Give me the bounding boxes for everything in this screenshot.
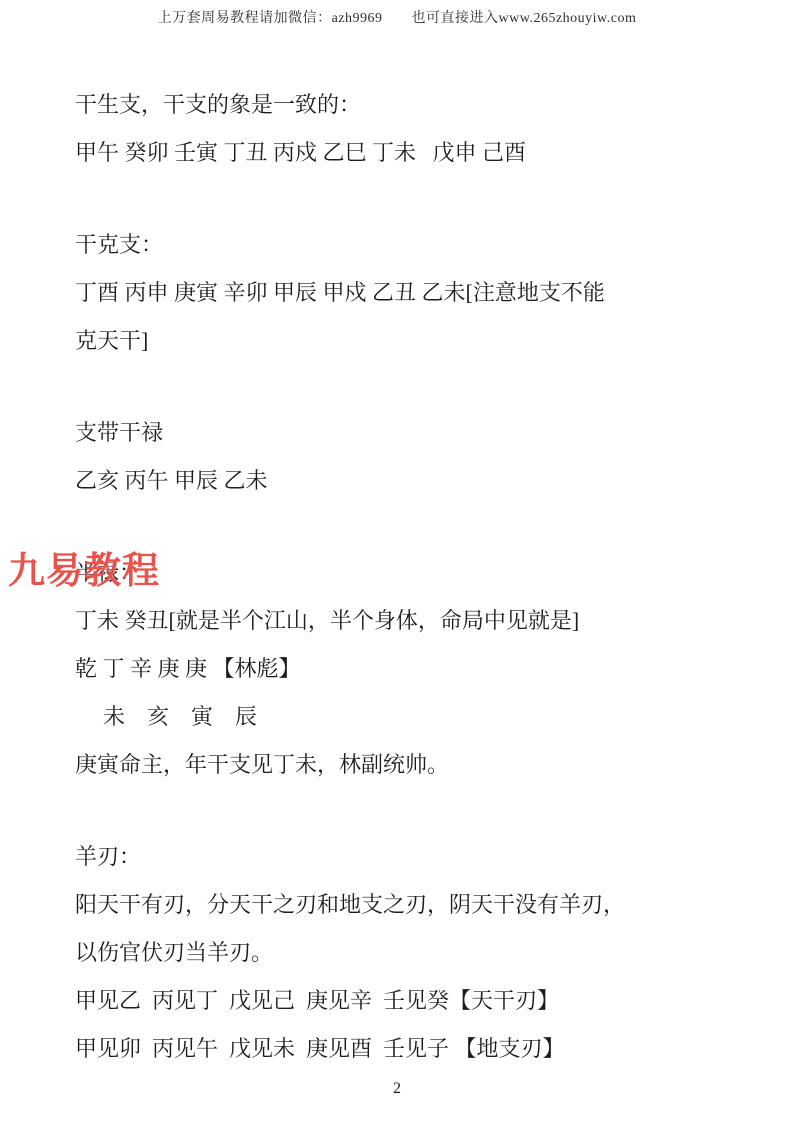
text-line: 阳天干有刃，分天干之刃和地支之刃，阴天干没有羊刃，: [75, 881, 739, 929]
text-line: 丁未 癸丑[就是半个江山，半个身体，命局中见就是]: [75, 597, 739, 645]
text-line: 乙亥 丙午 甲辰 乙未: [75, 457, 739, 505]
document-page: 上万套周易教程请加微信：azh9969 也可直接进入www.265zhouyiw…: [0, 0, 794, 1123]
page-number: 2: [0, 1080, 794, 1098]
text-line: 庚寅命主，年干支见丁未，林副统帅。: [75, 741, 739, 789]
section-heading: 干克支：: [75, 221, 739, 269]
text-line: 甲午 癸卯 壬寅 丁丑 丙戍 乙巳 丁未 戊申 己酉: [75, 129, 739, 177]
text-line: 以伤官伏刃当羊刃。: [75, 929, 739, 977]
section-heading: 干生支，干支的象是一致的：: [75, 81, 739, 129]
page-header-text: 上万套周易教程请加微信：azh9969 也可直接进入www.265zhouyiw…: [0, 0, 794, 27]
text-line: 甲见卯 丙见午 戊见未 庚见酉 壬见子 【地支刃】: [75, 1025, 739, 1073]
text-line: 克天干]: [75, 317, 739, 365]
text-line: 未 亥 寅 辰: [75, 693, 739, 741]
section-gan-ke-zhi: 干克支： 丁酉 丙申 庚寅 辛卯 甲辰 甲戍 乙丑 乙未[注意地支不能 克天干]: [75, 221, 739, 365]
section-heading: 半禄：: [75, 549, 739, 597]
text-line: 甲见乙 丙见丁 戊见己 庚见辛 壬见癸【天干刃】: [75, 977, 739, 1025]
section-gan-sheng-zhi: 干生支，干支的象是一致的： 甲午 癸卯 壬寅 丁丑 丙戍 乙巳 丁未 戊申 己酉: [75, 81, 739, 177]
section-zhi-dai-gan-lu: 支带干禄 乙亥 丙午 甲辰 乙未: [75, 409, 739, 505]
watermark: 九易教程: [8, 540, 160, 594]
section-ban-lu: 半禄： 丁未 癸丑[就是半个江山，半个身体，命局中见就是] 乾 丁 辛 庚 庚 …: [75, 549, 739, 789]
text-line: 乾 丁 辛 庚 庚 【林彪】: [75, 645, 739, 693]
section-heading: 支带干禄: [75, 409, 739, 457]
section-yang-ren: 羊刃： 阳天干有刃，分天干之刃和地支之刃，阴天干没有羊刃， 以伤官伏刃当羊刃。 …: [75, 833, 739, 1073]
text-line: 丁酉 丙申 庚寅 辛卯 甲辰 甲戍 乙丑 乙未[注意地支不能: [75, 269, 739, 317]
section-heading: 羊刃：: [75, 833, 739, 881]
